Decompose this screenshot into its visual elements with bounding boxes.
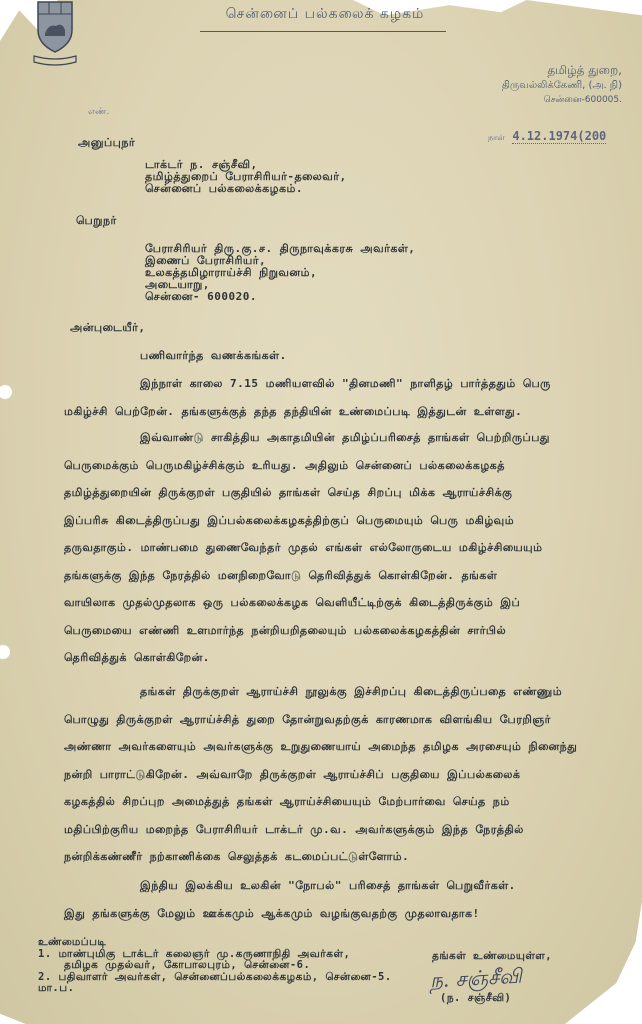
paragraph-line: தருவதாகும். மாண்பமை துணைவேந்தர் முதல் எங… xyxy=(64,534,600,562)
department-city: சென்னை-600005. xyxy=(502,93,622,108)
paragraph-line: இப்பரிசு கிடைத்திருப்பது இப்பல்கலைக்கழகத… xyxy=(64,507,600,535)
recipient-line: சென்னை- 600020. xyxy=(145,291,415,303)
department-name: தமிழ்த் துறை, xyxy=(502,63,622,78)
paragraph-2: இவ்வாண்டு சாகித்திய அகாதமியின் தமிழ்ப்பர… xyxy=(64,424,600,672)
copy-to-note: மா.ப. xyxy=(38,983,392,995)
paragraph-line: நன்றிக்கண்ணீர் நற்காணிக்கை செலுத்தக் கடம… xyxy=(64,843,600,871)
signatory-name: (ந. சஞ்சீவி) xyxy=(440,992,511,1005)
sender-label: அனுப்புநர் xyxy=(78,136,135,151)
paragraph-line: கழகத்தில் சிறப்புற அமைத்துத் தங்கள் ஆராய… xyxy=(64,788,600,816)
copy-to-item: 2. பதிவாளர் அவர்கள், சென்னைப்பல்கலைக்கழக… xyxy=(38,972,392,984)
paragraph-line: அண்ணா அவர்களையும் அவர்களுக்கு உறுதுணையாய… xyxy=(64,733,600,761)
paragraph-line: இது தங்களுக்கு மேலும் ஊக்கமும் ஆக்கமும் … xyxy=(64,900,600,928)
title-underline xyxy=(200,31,446,32)
paragraph-line: பொழுது திருக்குறள் ஆராய்ச்சித் துறை தோன்… xyxy=(64,706,600,734)
paragraph-line: மதிப்பிற்குரிய மறைந்த பேராசிரியர் டாக்டர… xyxy=(64,816,600,844)
paragraph-line: தங்களுக்கு இந்த நேரத்தில் மனநிறைவோடு தெர… xyxy=(64,562,600,590)
paragraph-line: பெருமைக்கும் பெருமகிழ்ச்சிக்கும் உரியது.… xyxy=(64,452,600,480)
reference-number-label: எண். xyxy=(88,107,109,118)
department-address: தமிழ்த் துறை, திருவல்லிக்கேணி, (அ. நி) ச… xyxy=(502,63,622,108)
paragraph-line: இந்நாள் காலை 7.15 மணியளவில் "தினமணி" நாள… xyxy=(64,370,600,398)
paragraph-line: இந்திய இலக்கிய உலகின் "நோபல்" பரிசைத் தா… xyxy=(64,872,600,900)
recipient-label: பெறுநர் xyxy=(76,214,117,229)
greeting: பணிவார்ந்த வணக்கங்கள். xyxy=(140,349,287,364)
paragraph-line: தமிழ்த்துறையின் திருக்குறள் பகுதியில் தா… xyxy=(64,479,600,507)
copy-to-item: தமிழக முதல்வர், கோபாலபுரம், சென்னை-6. xyxy=(38,960,392,972)
sender-line: சென்னைப் பல்கலைக்கழகம். xyxy=(145,183,347,195)
paragraph-4: இந்திய இலக்கிய உலகின் "நோபல்" பரிசைத் தா… xyxy=(64,872,600,927)
department-locality: திருவல்லிக்கேணி, (அ. நி) xyxy=(502,78,622,93)
paragraph-line: பெருமையை எண்ணி உளமார்ந்த நன்றியறிதலையும்… xyxy=(64,617,600,645)
valediction: தங்கள் உண்மையுள்ள, xyxy=(432,950,552,963)
salutation: அன்புடையீர், xyxy=(70,321,146,336)
paragraph-line: மகிழ்ச்சி பெற்றேன். தங்களுக்குத் தந்த தந… xyxy=(64,398,600,426)
paragraph-3: தங்கள் திருக்குறள் ஆராய்ச்சி நூலுக்கு இச… xyxy=(64,678,600,871)
paragraph-line: தங்கள் திருக்குறள் ஆராய்ச்சி நூலுக்கு இச… xyxy=(64,678,600,706)
copy-to-block: உண்மைப்படி 1. மாண்புமிகு டாக்டர் கலைஞர் … xyxy=(38,937,392,995)
date-value: 4.12.1974(200 xyxy=(512,129,606,144)
university-name: சென்னைப் பல்கலைக் கழகம் xyxy=(200,6,450,24)
date-label: நாள் xyxy=(488,133,505,142)
copy-to-label: உண்மைப்படி xyxy=(38,937,392,949)
paragraph-line: தெரிவித்துக் கொள்கிறேன். xyxy=(64,644,600,672)
recipient-block: பேராசிரியர் திரு.கு.ச. திருநாவுக்கரசு அவ… xyxy=(145,243,415,303)
university-crest-icon xyxy=(30,0,80,66)
paragraph-line: நன்றி பாராட்டுகிறேன். அவ்வாறே திருக்குறள… xyxy=(64,761,600,789)
paragraph-1: இந்நாள் காலை 7.15 மணியளவில் "தினமணி" நாள… xyxy=(64,370,600,425)
letter-date: நாள் 4.12.1974(200 xyxy=(488,129,606,143)
sender-block: டாக்டர் ந. சஞ்சீவி, தமிழ்த்துறைப் பேராசி… xyxy=(145,159,347,195)
handwritten-signature: ந. சஞ்சீவி xyxy=(429,964,522,996)
paragraph-line: வாயிலாக முதல்முதலாக ஒரு பல்கலைக்கழக வெளி… xyxy=(64,589,600,617)
paragraph-line: இவ்வாண்டு சாகித்திய அகாதமியின் தமிழ்ப்பர… xyxy=(64,424,600,452)
